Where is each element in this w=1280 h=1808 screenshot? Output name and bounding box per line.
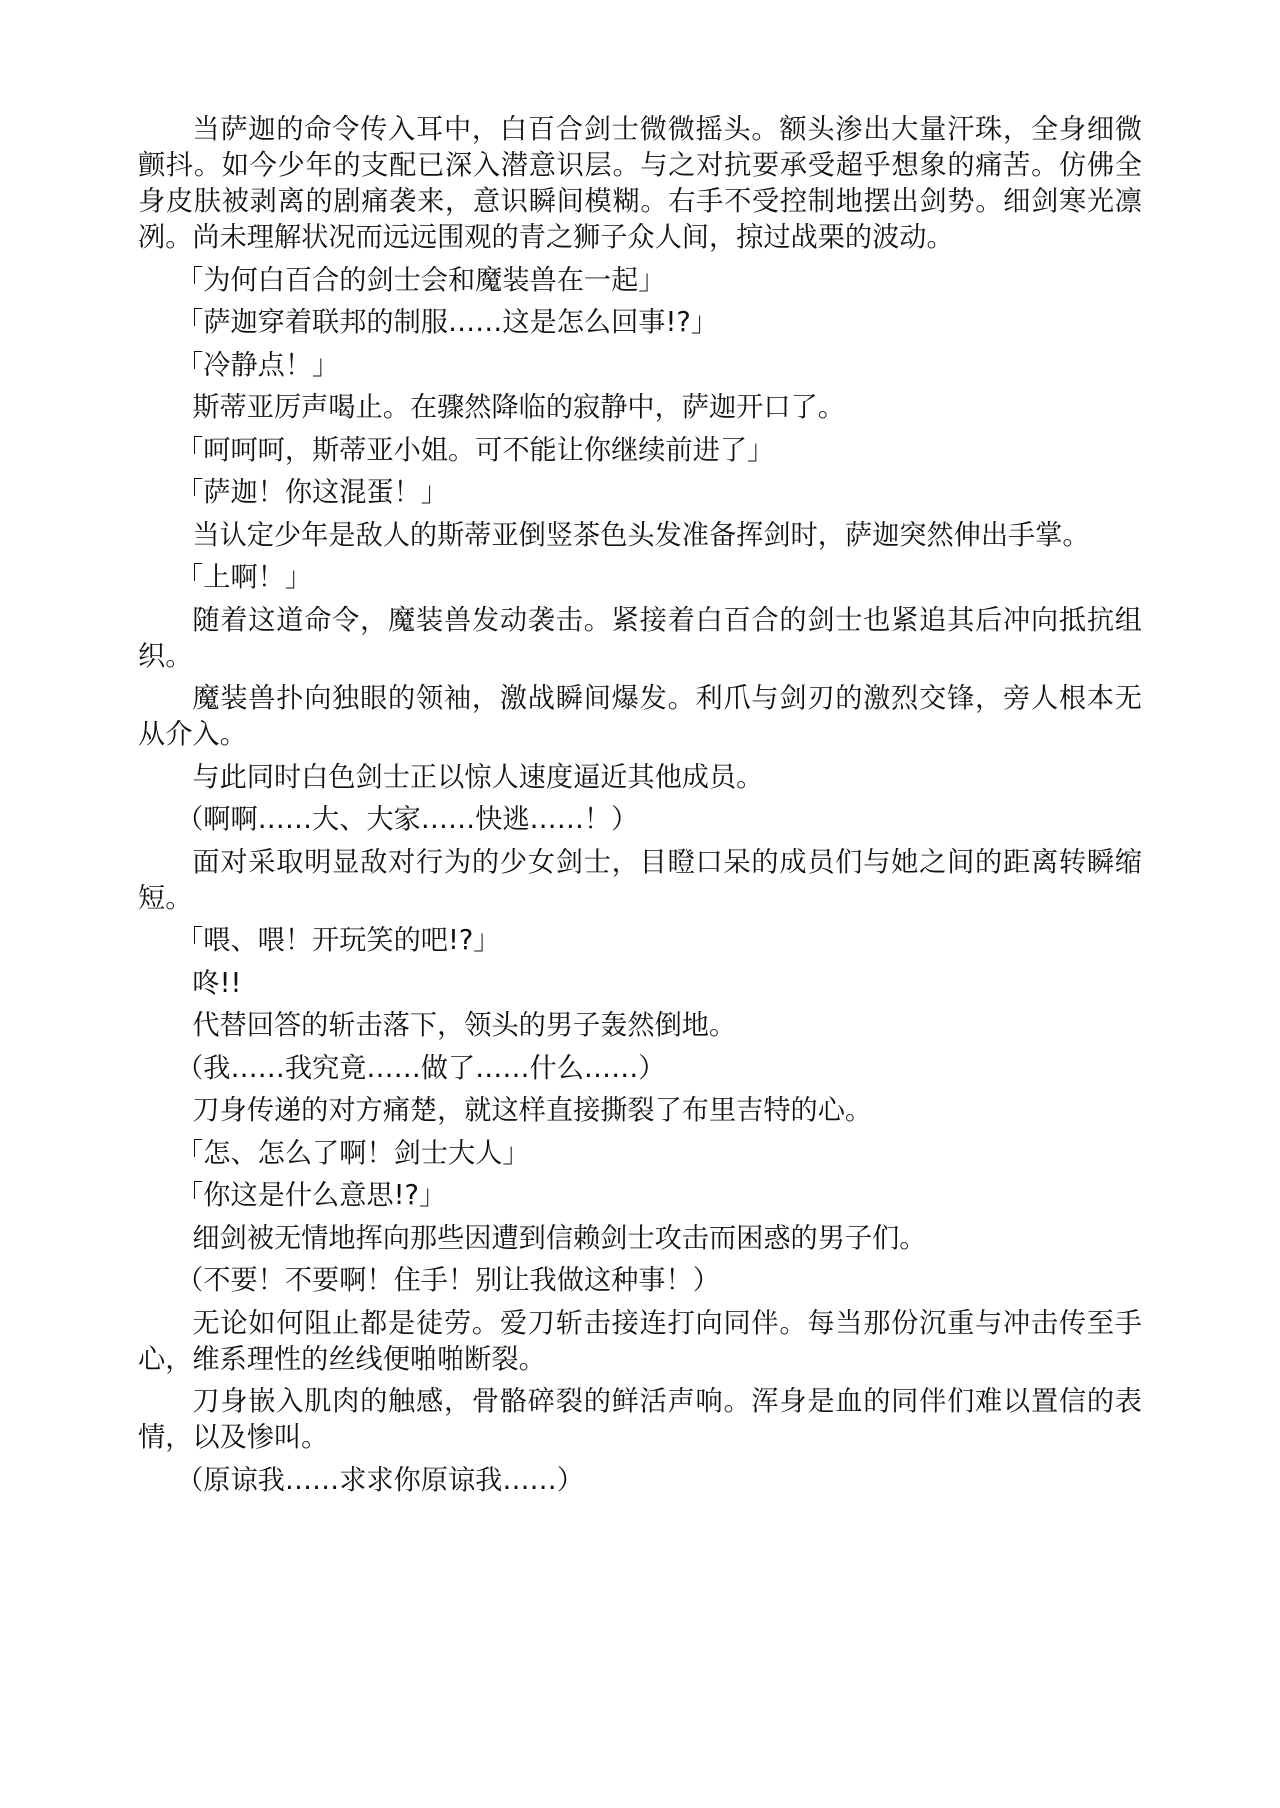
paragraph-dialogue: 「萨迦！你这混蛋！」 — [138, 475, 1142, 511]
paragraph-dialogue: 「上啊！」 — [138, 560, 1142, 596]
paragraph-thought: （我……我究竟……做了……什么……） — [138, 1051, 1142, 1087]
paragraph-dialogue: 「萨迦穿着联邦的制服……这是怎么回事!?」 — [138, 305, 1142, 341]
paragraph-dialogue: 「呵呵呵，斯蒂亚小姐。可不能让你继续前进了」 — [138, 433, 1142, 469]
paragraph-dialogue: 「喂、喂！开玩笑的吧!?」 — [138, 923, 1142, 959]
paragraph-thought: （啊啊……大、大家……快逃……！） — [138, 802, 1142, 838]
paragraph-narration: 面对采取明显敌对行为的少女剑士，目瞪口呆的成员们与她之间的距离转瞬缩短。 — [138, 845, 1142, 917]
paragraph-narration: 细剑被无情地挥向那些因遭到信赖剑士攻击而困惑的男子们。 — [138, 1221, 1142, 1257]
paragraph-narration: 当萨迦的命令传入耳中，白百合剑士微微摇头。额头渗出大量汗珠，全身细微颤抖。如今少… — [138, 112, 1142, 256]
document-page: 当萨迦的命令传入耳中，白百合剑士微微摇头。额头渗出大量汗珠，全身细微颤抖。如今少… — [138, 112, 1142, 1505]
paragraph-narration: 代替回答的斩击落下，领头的男子轰然倒地。 — [138, 1008, 1142, 1044]
paragraph-narration: 无论如何阻止都是徒劳。爱刀斩击接连打向同伴。每当那份沉重与冲击传至手心，维系理性… — [138, 1306, 1142, 1378]
paragraph-narration: 斯蒂亚厉声喝止。在骤然降临的寂静中，萨迦开口了。 — [138, 390, 1142, 426]
paragraph-sound-effect: 咚!! — [138, 966, 1142, 1002]
paragraph-narration: 魔装兽扑向独眼的领袖，激战瞬间爆发。利爪与剑刃的激烈交锋，旁人根本无从介入。 — [138, 681, 1142, 753]
paragraph-thought: （不要！不要啊！住手！别让我做这种事！） — [138, 1263, 1142, 1299]
paragraph-narration: 刀身传递的对方痛楚，就这样直接撕裂了布里吉特的心。 — [138, 1093, 1142, 1129]
paragraph-thought: （原谅我……求求你原谅我……） — [138, 1463, 1142, 1499]
paragraph-dialogue: 「怎、怎么了啊！剑士大人」 — [138, 1136, 1142, 1172]
paragraph-narration: 当认定少年是敌人的斯蒂亚倒竖茶色头发准备挥剑时，萨迦突然伸出手掌。 — [138, 518, 1142, 554]
paragraph-dialogue: 「你这是什么意思!?」 — [138, 1178, 1142, 1214]
paragraph-dialogue: 「为何白百合的剑士会和魔装兽在一起」 — [138, 263, 1142, 299]
paragraph-narration: 与此同时白色剑士正以惊人速度逼近其他成员。 — [138, 760, 1142, 796]
paragraph-narration: 随着这道命令，魔装兽发动袭击。紧接着白百合的剑士也紧追其后冲向抵抗组织。 — [138, 603, 1142, 675]
paragraph-narration: 刀身嵌入肌肉的触感，骨骼碎裂的鲜活声响。浑身是血的同伴们难以置信的表情，以及惨叫… — [138, 1384, 1142, 1456]
paragraph-dialogue: 「冷静点！」 — [138, 348, 1142, 384]
